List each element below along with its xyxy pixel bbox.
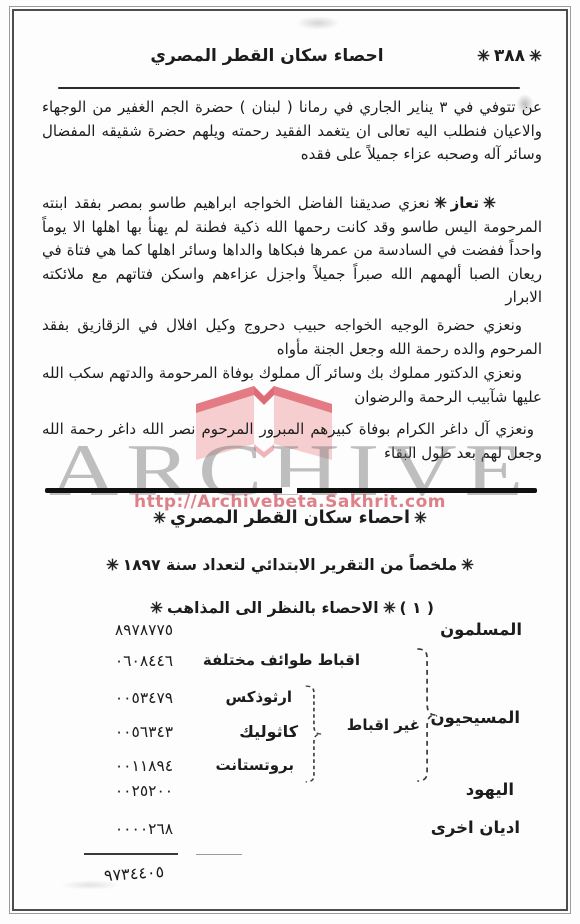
census-section-subtitle-text: ملخصاً من التقرير الابتدائي لتعداد سنة ١… <box>123 556 458 574</box>
row-label-orthodox: ارثوذكس <box>226 688 292 706</box>
running-head-title: احصاء سكان القطر المصري <box>137 46 397 66</box>
row-label-christians: المسيحيون <box>431 708 521 727</box>
row-value-protestant: ٠٠١١٨٩٤ <box>78 757 210 775</box>
row-value-other-religions: ٠٠٠٠٢٦٨ <box>78 820 210 838</box>
row-value-catholic: ٠٠٥٦٣٤٣ <box>78 723 210 741</box>
row-label-other-religions: اديان اخرى <box>431 818 520 837</box>
census-table-heading: ( ١ )الاحصاء بالنظر الى المذاهب <box>0 599 580 617</box>
group-brace-christians <box>413 646 439 784</box>
row-label-jews: اليهود <box>466 780 514 799</box>
rosette-icon <box>153 511 166 524</box>
row-value-jews: ٠٠٢٥٢٠٠ <box>78 782 210 800</box>
rosette-icon <box>477 49 490 62</box>
total-rule <box>84 853 178 855</box>
census-table-heading-text: الاحصاء بالنظر الى المذاهب <box>167 599 379 617</box>
rosette-icon <box>383 601 396 614</box>
paragraph-continued: عن تتوفي في ٣ يناير الجاري في رمانا ( لب… <box>42 96 542 167</box>
header-rule <box>58 87 520 89</box>
row-label-non-copts: غير اقباط <box>347 716 420 734</box>
rosette-icon <box>461 558 474 571</box>
rosette-icon <box>483 196 496 209</box>
row-value-orthodox: ٠٠٥٣٤٧٩ <box>78 689 210 707</box>
page-number-value: ٣٨٨ <box>494 46 525 66</box>
row-label-copts: اقباط طوائف مختلفة <box>203 651 360 669</box>
condolence-paragraph: ونعزي الدكتور مملوك بك وسائر آل مملوك بو… <box>42 362 542 409</box>
obituary-heading: تعاز <box>451 194 479 212</box>
row-label-catholic: كاثوليك <box>239 722 298 741</box>
row-value-copts: ٠٦٠٨٤٤٦ <box>78 652 210 670</box>
rosette-icon <box>529 49 542 62</box>
census-table-heading-number: ( ١ ) <box>400 599 434 617</box>
row-value-muslims: ٨٩٧٨٧٧٥ <box>78 621 210 639</box>
row-label-muslims: المسلمون <box>440 620 522 639</box>
scan-smudge <box>296 16 340 30</box>
total-rule-faint <box>196 854 242 855</box>
condolence-paragraph: ونعزي حضرة الوجيه الخواجه حبيب دحروج وكي… <box>42 314 542 361</box>
rosette-icon <box>150 601 163 614</box>
page-number: ٣٨٨ <box>473 46 546 66</box>
archive-watermark-url: http://Archivebeta.Sakhrit.com <box>0 492 580 512</box>
group-brace-non-copts <box>302 684 324 784</box>
rosette-icon <box>434 196 447 209</box>
rosette-icon <box>414 511 427 524</box>
obituary-paragraph: تعازنعزي صديقنا الفاضل الخواجه ابراهيم ط… <box>42 192 542 310</box>
census-section-subtitle: ملخصاً من التقرير الابتدائي لتعداد سنة ١… <box>0 556 580 574</box>
rosette-icon <box>106 558 119 571</box>
row-label-protestant: بروتستانت <box>216 756 294 774</box>
